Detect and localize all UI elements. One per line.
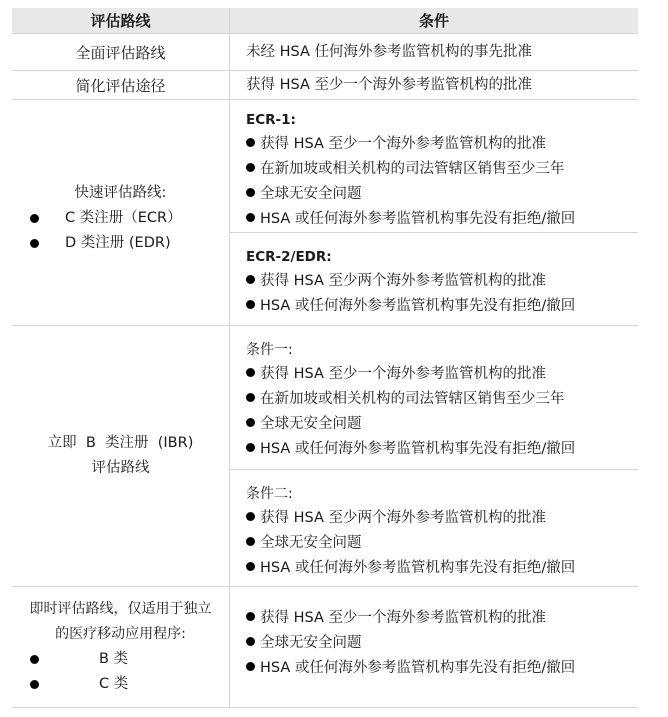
route-item: C 类注册（ECR） bbox=[12, 206, 229, 231]
route-cell: 立即 B 类注册 (IBR) 评估路线 bbox=[12, 326, 230, 586]
bullet-icon bbox=[246, 300, 255, 309]
route-item-label: B 类 bbox=[99, 647, 128, 672]
condition-item: 获得 HSA 至少两个海外参考监管机构的批准 bbox=[246, 506, 638, 531]
condition-group-one: 条件一: 获得 HSA 至少一个海外参考监管机构的批准 在新加坡或相关机构的司法… bbox=[230, 326, 638, 469]
condition-cell: ECR-1: 获得 HSA 至少一个海外参考监管机构的批准 在新加坡或相关机构的… bbox=[230, 100, 638, 325]
bullet-icon bbox=[246, 393, 255, 402]
route-item: C 类 bbox=[12, 672, 229, 697]
condition-item: HSA 或任何海外参考监管机构事先没有拒绝/撤回 bbox=[246, 556, 638, 581]
condition-item: 获得 HSA 至少一个海外参考监管机构的批准 bbox=[246, 132, 638, 157]
group-title: 条件一: bbox=[246, 338, 638, 362]
group-title: ECR-1: bbox=[246, 108, 638, 132]
table-row-abridged-evaluation: 简化评估途径 获得 HSA 至少一个海外参考监管机构的批准 bbox=[12, 71, 638, 100]
condition-item: 获得 HSA 至少一个海外参考监管机构的批准 bbox=[246, 362, 638, 387]
route-item-label: C 类 bbox=[99, 672, 128, 697]
route-line-1: 立即 B 类注册 (IBR) bbox=[48, 431, 194, 456]
bullet-icon bbox=[246, 537, 255, 546]
condition-item: 全球无安全问题 bbox=[246, 182, 638, 207]
group-title: 条件二: bbox=[246, 482, 638, 506]
table-row-immediate-ibr: 立即 B 类注册 (IBR) 评估路线 条件一: 获得 HSA 至少一个海外参考… bbox=[12, 326, 638, 587]
route-item-label: D 类注册 (EDR) bbox=[65, 231, 171, 256]
bullet-icon bbox=[246, 163, 255, 172]
bullet-icon bbox=[246, 368, 255, 377]
evaluation-routes-table: 评估路线 条件 全面评估路线 未经 HSA 任何海外参考监管机构的事先批准 简化… bbox=[12, 8, 638, 708]
header-route: 评估路线 bbox=[12, 8, 230, 33]
condition-group-ecr1: ECR-1: 获得 HSA 至少一个海外参考监管机构的批准 在新加坡或相关机构的… bbox=[230, 100, 638, 232]
group-title: ECR-2/EDR: bbox=[246, 245, 638, 269]
route-content: 即时评估路线，仅适用于独立 的医疗移动应用程序: B 类 C 类 bbox=[12, 597, 229, 697]
bullet-icon bbox=[246, 443, 255, 452]
route-content: 快速评估路线: C 类注册（ECR） D 类注册 (EDR) bbox=[12, 181, 229, 256]
bullet-icon bbox=[246, 612, 255, 621]
route-line-1: 即时评估路线，仅适用于独立 bbox=[12, 597, 229, 622]
bullet-icon bbox=[246, 213, 255, 222]
bullet-icon bbox=[246, 637, 255, 646]
condition-item: 在新加坡或相关机构的司法管辖区销售至少三年 bbox=[246, 387, 638, 412]
route-item: B 类 bbox=[12, 647, 229, 672]
condition-item: HSA 或任何海外参考监管机构事先没有拒绝/撤回 bbox=[246, 656, 638, 681]
condition-group-two: 条件二: 获得 HSA 至少两个海外参考监管机构的批准 全球无安全问题 HSA … bbox=[230, 469, 638, 586]
condition-item: 获得 HSA 至少一个海外参考监管机构的批准 bbox=[246, 606, 638, 631]
condition-text: 未经 HSA 任何海外参考监管机构的事先批准 bbox=[246, 40, 532, 65]
condition-item: HSA 或任何海外参考监管机构事先没有拒绝/撤回 bbox=[246, 437, 638, 462]
header-conditions: 条件 bbox=[230, 8, 638, 33]
condition-text: 获得 HSA 至少一个海外参考监管机构的批准 bbox=[246, 73, 532, 98]
condition-cell: 未经 HSA 任何海外参考监管机构的事先批准 bbox=[230, 34, 638, 70]
condition-cell: 条件一: 获得 HSA 至少一个海外参考监管机构的批准 在新加坡或相关机构的司法… bbox=[230, 326, 638, 586]
condition-group-ecr2-edr: ECR-2/EDR: 获得 HSA 至少两个海外参考监管机构的批准 HSA 或任… bbox=[230, 232, 638, 325]
route-line-2: 评估路线 bbox=[92, 456, 150, 481]
route-cell: 简化评估途径 bbox=[12, 71, 230, 99]
condition-item: 全球无安全问题 bbox=[246, 531, 638, 556]
bullet-icon bbox=[30, 655, 39, 664]
route-cell: 快速评估路线: C 类注册（ECR） D 类注册 (EDR) bbox=[12, 100, 230, 325]
route-title: 快速评估路线: bbox=[12, 181, 229, 206]
route-line-2: 的医疗移动应用程序: bbox=[12, 622, 229, 647]
condition-item: HSA 或任何海外参考监管机构事先没有拒绝/撤回 bbox=[246, 294, 638, 319]
table-row-expedited-evaluation: 快速评估路线: C 类注册（ECR） D 类注册 (EDR) ECR-1: 获得… bbox=[12, 100, 638, 326]
route-cell: 全面评估路线 bbox=[12, 34, 230, 70]
condition-item: HSA 或任何海外参考监管机构事先没有拒绝/撤回 bbox=[246, 207, 638, 232]
route-cell: 即时评估路线，仅适用于独立 的医疗移动应用程序: B 类 C 类 bbox=[12, 587, 230, 707]
route-item: D 类注册 (EDR) bbox=[12, 231, 229, 256]
table-row-full-evaluation: 全面评估路线 未经 HSA 任何海外参考监管机构的事先批准 bbox=[12, 34, 638, 71]
condition-item: 全球无安全问题 bbox=[246, 631, 638, 656]
bullet-icon bbox=[246, 662, 255, 671]
condition-item: 全球无安全问题 bbox=[246, 412, 638, 437]
condition-item: 获得 HSA 至少两个海外参考监管机构的批准 bbox=[246, 269, 638, 294]
condition-item: 在新加坡或相关机构的司法管辖区销售至少三年 bbox=[246, 157, 638, 182]
condition-cell: 获得 HSA 至少一个海外参考监管机构的批准 bbox=[230, 71, 638, 99]
condition-cell: 获得 HSA 至少一个海外参考监管机构的批准 全球无安全问题 HSA 或任何海外… bbox=[230, 587, 638, 707]
bullet-icon bbox=[30, 239, 39, 248]
route-item-label: C 类注册（ECR） bbox=[65, 206, 182, 231]
bullet-icon bbox=[246, 188, 255, 197]
bullet-icon bbox=[246, 562, 255, 571]
bullet-icon bbox=[246, 512, 255, 521]
bullet-icon bbox=[30, 680, 39, 689]
bullet-icon bbox=[30, 214, 39, 223]
bullet-icon bbox=[246, 275, 255, 284]
table-header: 评估路线 条件 bbox=[12, 8, 638, 34]
bullet-icon bbox=[246, 418, 255, 427]
bullet-icon bbox=[246, 138, 255, 147]
table-row-immediate-mobile-apps: 即时评估路线，仅适用于独立 的医疗移动应用程序: B 类 C 类 获得 HSA … bbox=[12, 587, 638, 708]
